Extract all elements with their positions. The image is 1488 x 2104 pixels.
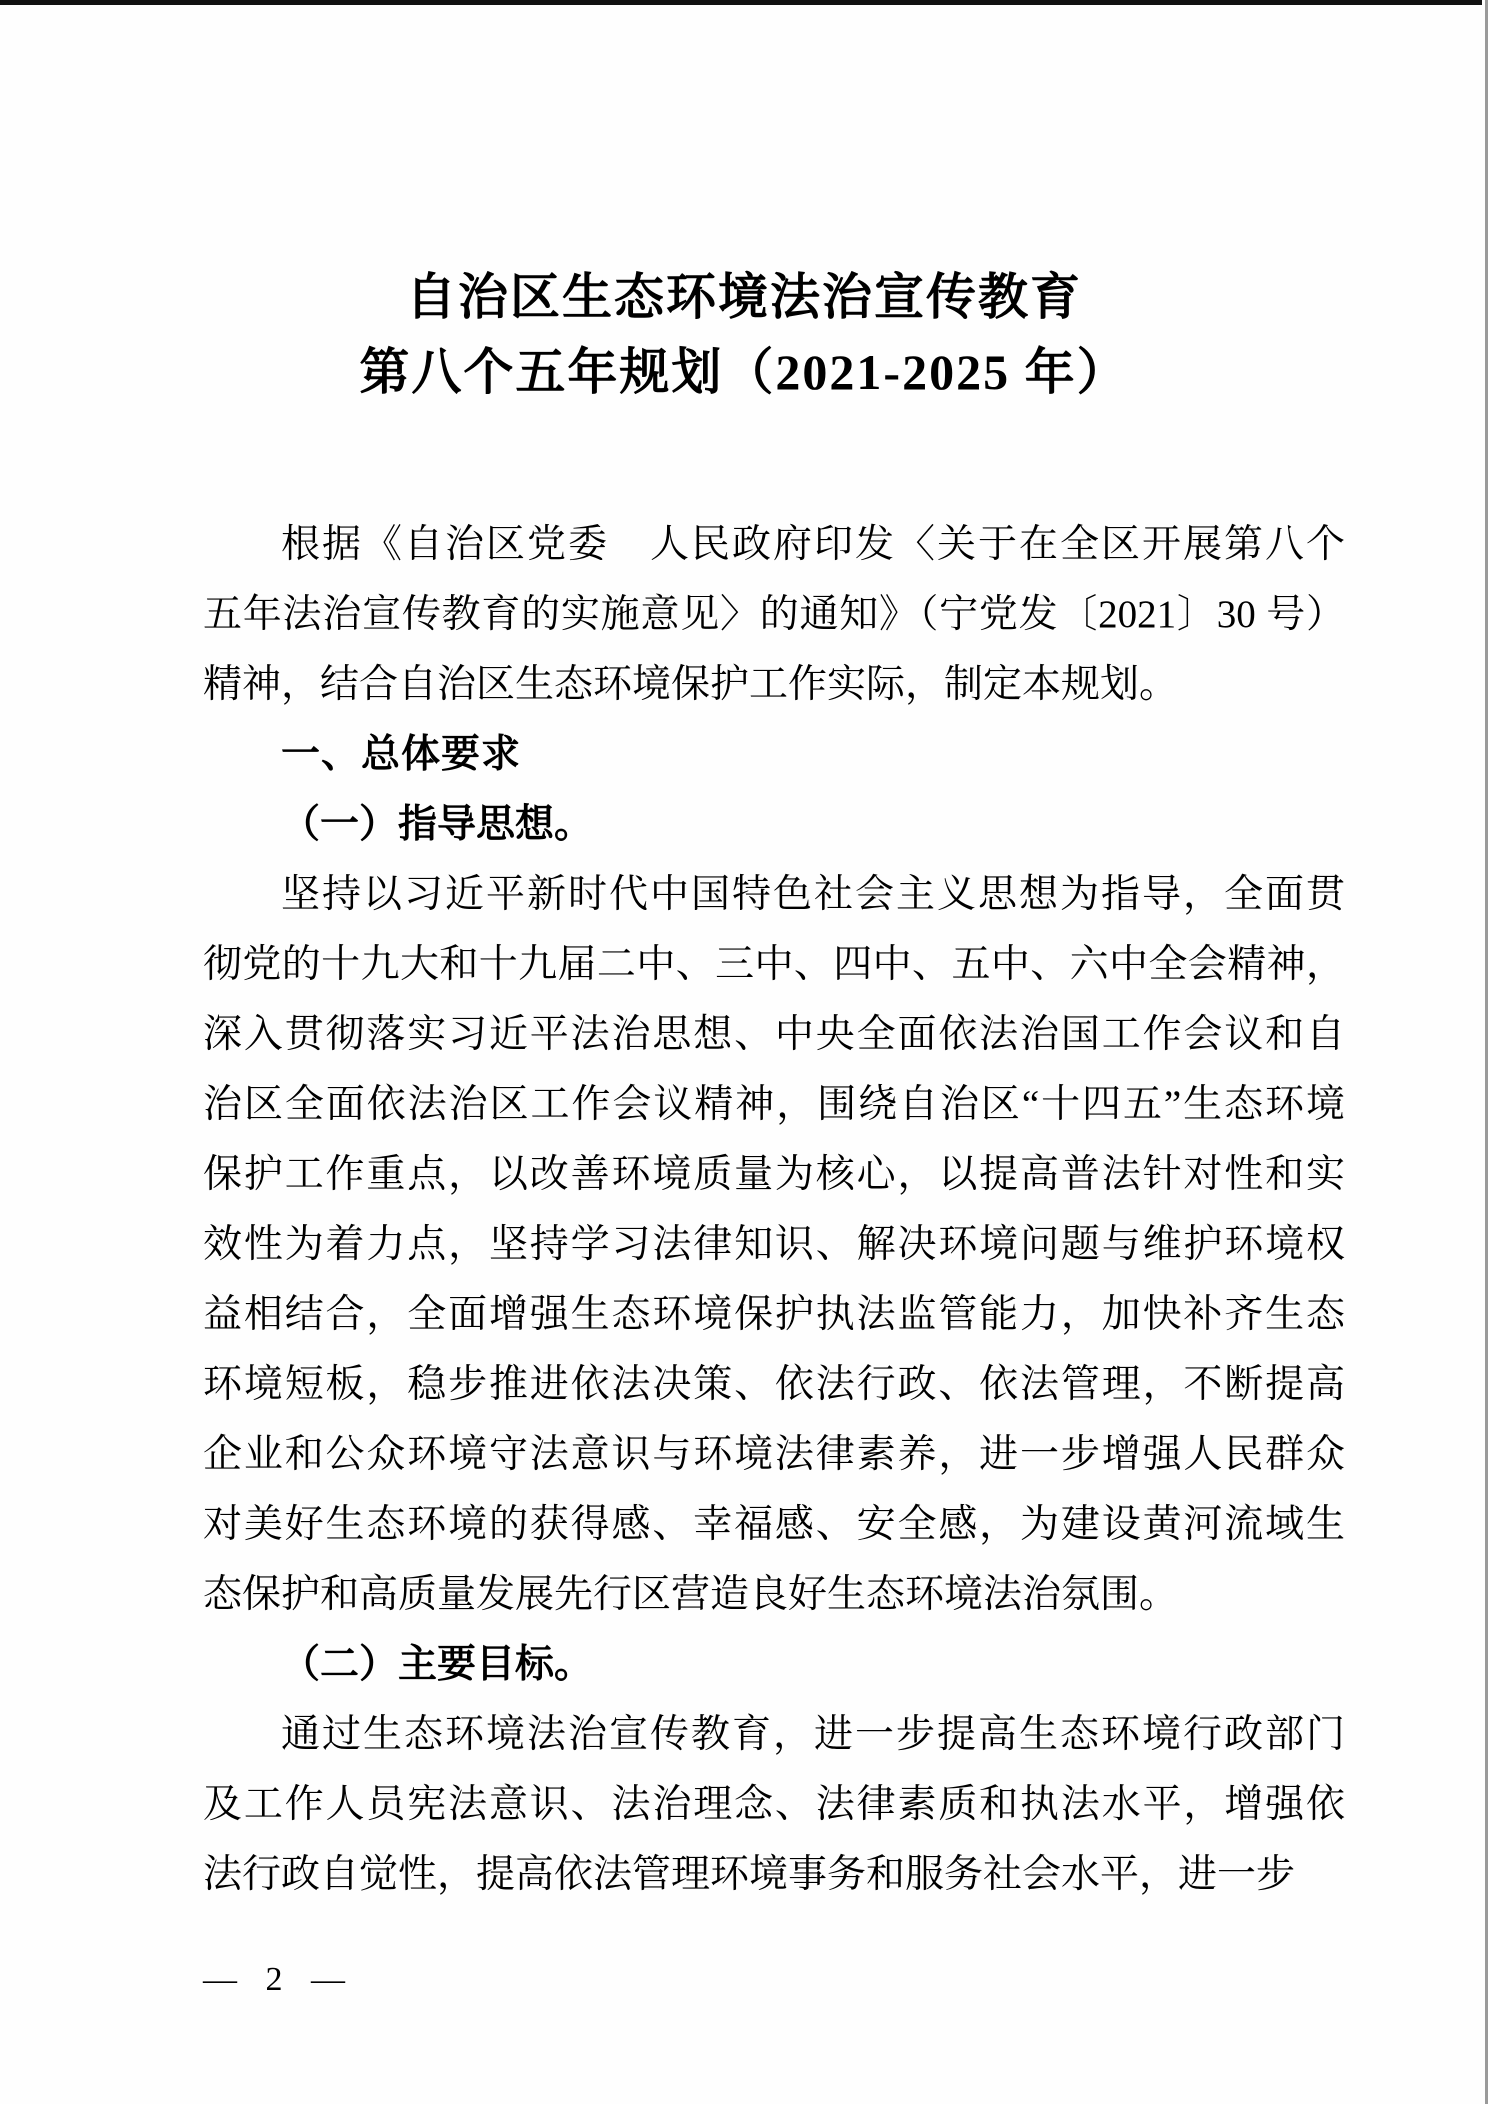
paragraph2-line10: 对美好生态环境的获得感、幸福感、安全感，为建设黄河流域生 xyxy=(203,1490,1345,1560)
paragraph2-line3: 深入贯彻落实习近平法治思想、中央全面依法治国工作会议和自 xyxy=(203,1000,1345,1070)
section-heading-1: 一、总体要求 xyxy=(203,720,1345,790)
document-body: 根据《自治区党委 人民政府印发〈关于在全区开展第八个 五年法治宣传教育的实施意见… xyxy=(203,510,1345,1910)
paragraph3-line1: 通过生态环境法治宣传教育，进一步提高生态环境行政部门 xyxy=(203,1700,1345,1770)
document-page: 自治区生态环境法治宣传教育 第八个五年规划（2021-2025 年） 根据《自治… xyxy=(0,0,1488,2104)
paragraph2-line7: 益相结合，全面增强生态环境保护执法监管能力，加快补齐生态 xyxy=(203,1280,1345,1350)
paragraph2-line4: 治区全面依法治区工作会议精神，围绕自治区“十四五”生态环境 xyxy=(203,1070,1345,1140)
paragraph2-line5: 保护工作重点，以改善环境质量为核心，以提高普法针对性和实 xyxy=(203,1140,1345,1210)
paragraph2-line2: 彻党的十九大和十九届二中、三中、四中、五中、六中全会精神， xyxy=(203,930,1345,1000)
page-number: — 2 — xyxy=(203,1960,1488,2000)
paragraph2-line8: 环境短板，稳步推进依法决策、依法行政、依法管理，不断提高 xyxy=(203,1350,1345,1420)
scan-edge-top xyxy=(0,0,1482,5)
paragraph2-line11: 态保护和高质量发展先行区营造良好生态环境法治氛围。 xyxy=(203,1560,1345,1630)
document-title: 自治区生态环境法治宣传教育 第八个五年规划（2021-2025 年） xyxy=(0,260,1488,410)
subsection-heading-2: （二）主要目标。 xyxy=(203,1630,1345,1700)
paragraph1-line2: 五年法治宣传教育的实施意见〉的通知》（宁党发〔2021〕30 号） xyxy=(203,580,1345,650)
paragraph1-line3: 精神，结合自治区生态环境保护工作实际，制定本规划。 xyxy=(203,650,1345,720)
paragraph2-line6: 效性为着力点，坚持学习法律知识、解决环境问题与维护环境权 xyxy=(203,1210,1345,1280)
title-line-1: 自治区生态环境法治宣传教育 xyxy=(0,260,1488,335)
paragraph2-line1: 坚持以习近平新时代中国特色社会主义思想为指导，全面贯 xyxy=(203,860,1345,930)
paragraph2-line9: 企业和公众环境守法意识与环境法律素养，进一步增强人民群众 xyxy=(203,1420,1345,1490)
paragraph3-line2: 及工作人员宪法意识、法治理念、法律素质和执法水平，增强依 xyxy=(203,1770,1345,1840)
paragraph3-line3: 法行政自觉性，提高依法管理环境事务和服务社会水平，进一步 xyxy=(203,1840,1345,1910)
paragraph1-line1: 根据《自治区党委 人民政府印发〈关于在全区开展第八个 xyxy=(203,510,1345,580)
subsection-heading-1: （一）指导思想。 xyxy=(203,790,1345,860)
title-line-2: 第八个五年规划（2021-2025 年） xyxy=(0,335,1488,410)
